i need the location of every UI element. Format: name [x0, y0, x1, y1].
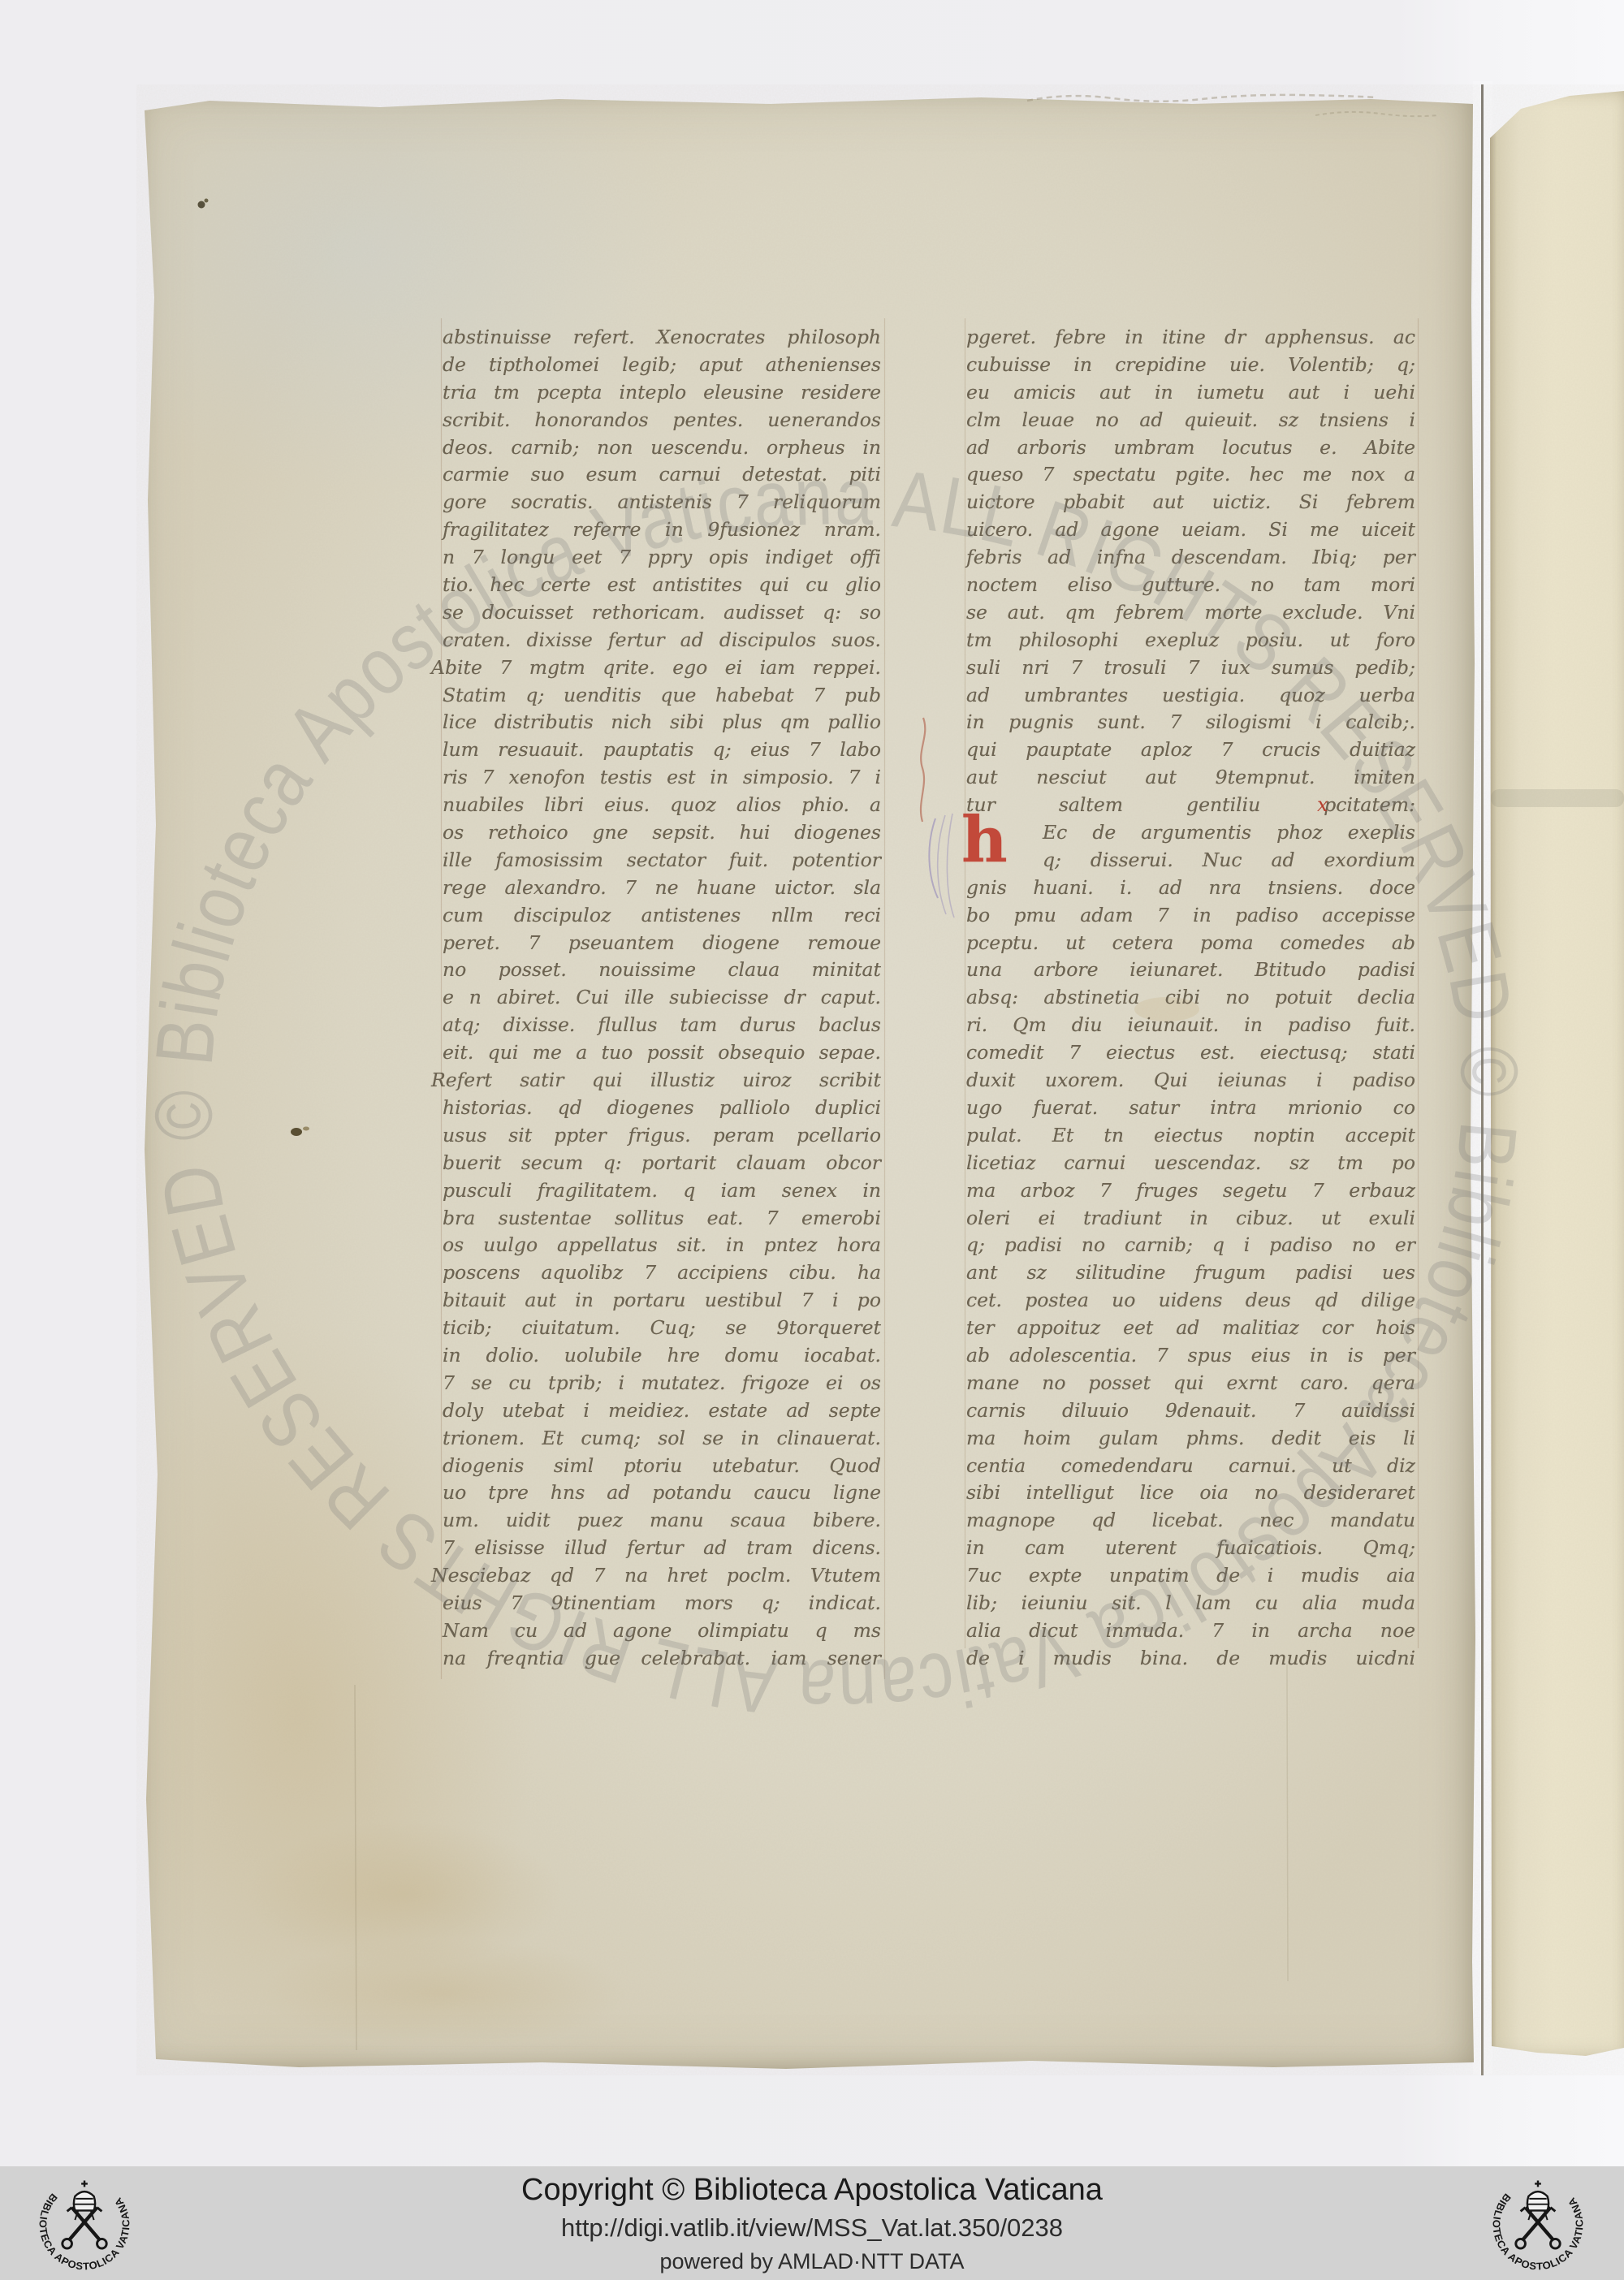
copyright-line: Copyright © Biblioteca Apostolica Vatica…	[0, 2173, 1624, 2208]
manuscript-line: magnope qd licebat. nec mandatu	[966, 1507, 1415, 1535]
manuscript-line: eu amicis aut in iumetu aut i uehi	[966, 379, 1415, 407]
manuscript-line: doly utebat i meidiez. estate ad septe	[443, 1397, 881, 1425]
manuscript-line: carnis diluuio 9denauit. 7 auidissi	[966, 1397, 1415, 1425]
manuscript-line: tio. hec certe est antistites qui cu gli…	[443, 572, 881, 599]
vatican-library-seal-right: BIBLIOTECA APOSTOLICA VATICANA	[1483, 2168, 1593, 2278]
manuscript-line: atq; dixisse. flullus tam durus baclus	[443, 1012, 881, 1039]
manuscript-line: noctem eliso gutture. no tam mori	[966, 572, 1415, 599]
manuscript-line: tria tm pcepta inteplo eleusine residere	[443, 379, 881, 407]
manuscript-line: ab adolescentia. 7 spus eius in is per	[966, 1342, 1415, 1370]
papal-tiara-keys-icon	[63, 2181, 106, 2249]
manuscript-line: se docuisset rethoricam. audisset q: so	[443, 599, 881, 627]
manuscript-line: lum resuauit. pauptatis q; eius 7 labo	[443, 736, 881, 764]
manuscript-line: q; disserui. Nuc ad exordium	[1043, 847, 1415, 874]
manuscript-line: in cam uterent fuaicatiois. Qmq;	[966, 1535, 1415, 1562]
manuscript-line: historias. qd diogenes palliolo duplici	[443, 1095, 881, 1122]
manuscript-scan-page: abstinuisse refert. Xenocrates philosoph…	[0, 0, 1624, 2280]
manuscript-line: alia dicut inmuda. 7 in archa noe	[966, 1617, 1415, 1645]
manuscript-line: duxit uxorem. Qui ieiunas i padiso	[966, 1067, 1415, 1095]
manuscript-line: pulat. Et tn eiectus noptin accepit	[966, 1122, 1415, 1150]
manuscript-line: cubuisse in crepidine uie. Volentib; q;	[966, 352, 1415, 379]
manuscript-line: no posset. nouissime claua minitat	[443, 956, 881, 984]
manuscript-line: uo tpre hns ad potandu caucu ligne	[443, 1479, 881, 1507]
manuscript-line: os uulgo appellatus sit. in pntez hora	[443, 1232, 881, 1259]
manuscript-line: licetiaz carnui uescendaz. sz tm po	[966, 1150, 1415, 1177]
manuscript-line: ri. Qm diu ieiunauit. in padiso fuit.	[966, 1012, 1415, 1039]
manuscript-line: e n abiret. Cui ille subiecisse dr caput…	[443, 984, 881, 1012]
manuscript-line: diogenis siml ptoriu utebatur. Quod	[443, 1453, 881, 1480]
manuscript-line: Nesciebaz qd 7 na hret poclm. Vtutem	[443, 1562, 881, 1590]
manuscript-line: queso 7 spectatu pgite. hec me nox a	[966, 461, 1415, 489]
manuscript-line: suli nri 7 trosuli 7 iux sumus pedib;	[966, 654, 1415, 682]
manuscript-line: pusculi fragilitatem. q iam senex in	[443, 1177, 881, 1205]
manuscript-line: lib; ieiuniu sit. l lam cu alia muda	[966, 1590, 1415, 1617]
manuscript-line: absq: abstinetia cibi no potuit declia	[966, 984, 1415, 1012]
manuscript-line: cum discipuloz antistenes nllm reci	[443, 902, 881, 930]
manuscript-line: ris 7 xenofon testis est in simposio. 7 …	[443, 764, 881, 792]
manuscript-line: 7 se cu tprib; i mutatez. frigoze ei os	[443, 1370, 881, 1397]
manuscript-line: ugo fuerat. satur intra mrionio co	[966, 1095, 1415, 1122]
footer-bar: Copyright © Biblioteca Apostolica Vatica…	[0, 2166, 1624, 2280]
manuscript-line: cet. postea uo uidens deus qd dilige	[966, 1287, 1415, 1315]
manuscript-line: uictore pbabit aut uictiz. Si febrem	[966, 489, 1415, 516]
manuscript-line: um. uidit puez manu scaua bibere.	[443, 1507, 881, 1535]
powered-by-line: powered by AMLAD·NTT DATA	[0, 2249, 1624, 2274]
rubricated-initial: h	[961, 812, 1036, 874]
manuscript-line: gnis huani. i. ad nra tnsiens. doce	[966, 874, 1415, 902]
manuscript-line: de i mudis bina. de mudis uicdni	[966, 1645, 1415, 1673]
source-url: http://digi.vatlib.it/view/MSS_Vat.lat.3…	[0, 2213, 1624, 2243]
manuscript-line: ma hoim gulam phms. dedit eis li	[966, 1425, 1415, 1453]
manuscript-line: febris ad infna descendam. Ibiq; per	[966, 544, 1415, 572]
manuscript-line: mane no posset qui exrnt caro. qera	[966, 1370, 1415, 1397]
manuscript-line: qui pauptate aploz 7 crucis duitiaz	[966, 736, 1415, 764]
manuscript-line: usus sit ppter frigus. peram pcellario	[443, 1122, 881, 1150]
manuscript-line: Nam cu ad agone olimpiatu q ms	[443, 1617, 881, 1645]
manuscript-line: uicero. ad agone ueiam. Si me uiceit	[966, 516, 1415, 544]
manuscript-line: fragilitatez referre in 9fusionez nram.	[443, 516, 881, 544]
manuscript-line: ant sz silitudine frugum padisi ues	[966, 1259, 1415, 1287]
manuscript-line: scribit. honorandos pentes. uenerandos	[443, 407, 881, 434]
manuscript-line: sibi intelligut lice oia no desideraret	[966, 1479, 1415, 1507]
manuscript-line: una arbore ieiunaret. Btitudo padisi	[966, 956, 1415, 984]
manuscript-column-right: pgeret. febre in itine dr apphensus. acc…	[966, 324, 1415, 1673]
papal-tiara-keys-icon	[1516, 2181, 1560, 2249]
manuscript-line: ad umbrantes uestigia. quoz uerba	[966, 682, 1415, 710]
manuscript-line: craten. dixisse fertur ad discipulos suo…	[443, 627, 881, 654]
manuscript-line: peret. 7 pseuantem diogene remoue	[443, 930, 881, 957]
manuscript-line: gore socratis. antistenis 7 reliquorum	[443, 489, 881, 516]
manuscript-line: ter appoituz eet ad malitiaz cor hois	[966, 1315, 1415, 1342]
manuscript-line: eius 7 9tinentiam mors q; indicat.	[443, 1590, 881, 1617]
manuscript-line: os rethoico gne sepsit. hui diogenes	[443, 819, 881, 847]
manuscript-line: rege alexandro. 7 ne huane uictor. sla	[443, 874, 881, 902]
manuscript-line: de tiptholomei legib; aput athenienses	[443, 352, 881, 379]
manuscript-line: eit. qui me a tuo possit obsequio sepae.	[443, 1039, 881, 1067]
manuscript-line: aut nesciut aut 9tempnut. imiten	[966, 764, 1415, 792]
manuscript-line: deos. carnib; non uescendu. orpheus in	[443, 434, 881, 462]
manuscript-line: nuabiles libri eius. quoz alios phio. a	[443, 792, 881, 819]
manuscript-line: n 7 longu eet 7 ppry opis indiget offi	[443, 544, 881, 572]
vatican-library-seal-left: BIBLIOTECA APOSTOLICA VATICANA	[29, 2168, 140, 2278]
manuscript-line: oleri ei tradiunt in cibuz. ut exuli	[966, 1205, 1415, 1233]
manuscript-line: centia comedendaru carnui. ut diz	[966, 1453, 1415, 1480]
rubricated-chapter-mark: x	[1317, 792, 1328, 819]
manuscript-line: clm leuae no ad quieuit. sz tnsiens i	[966, 407, 1415, 434]
manuscript-line: lice distributis nich sibi plus qm palli…	[443, 709, 881, 736]
manuscript-line: carmie suo esum carnui detestat. piti	[443, 461, 881, 489]
manuscript-line: Ec de argumentis phoz exeplis	[1043, 819, 1415, 847]
manuscript-line: na freqntia gue celebrabat. iam sener	[443, 1645, 881, 1673]
manuscript-line: pceptu. ut cetera poma comedes ab	[966, 930, 1415, 957]
manuscript-line: tm philosophi exepluz posiu. ut foro	[966, 627, 1415, 654]
manuscript-line: bra sustentae sollitus eat. 7 emerobi	[443, 1205, 881, 1233]
manuscript-line: ma arboz 7 fruges segetu 7 erbauz	[966, 1177, 1415, 1205]
manuscript-line: 7uc expte unpatim de i mudis aia	[966, 1562, 1415, 1590]
manuscript-line: in dolio. uolubile hre domu iocabat.	[443, 1342, 881, 1370]
manuscript-line: bitauit aut in portaru uestibul 7 i po	[443, 1287, 881, 1315]
manuscript-line: ad arboris umbram locutus e. Abite	[966, 434, 1415, 462]
binding-gutter	[1481, 84, 1484, 2075]
manuscript-line: 7 elisisse illud fertur ad tram dicens.	[443, 1535, 881, 1562]
manuscript-line: pgeret. febre in itine dr apphensus. ac	[966, 324, 1415, 352]
manuscript-line: buerit secum q: portarit clauam obcor	[443, 1150, 881, 1177]
manuscript-line: se aut. qm febrem morte exclude. Vni	[966, 599, 1415, 627]
manuscript-line: trionem. Et cumq; sol se in clinauerat.	[443, 1425, 881, 1453]
manuscript-line: abstinuisse refert. Xenocrates philosoph	[443, 324, 881, 352]
manuscript-line: Statim q; uenditis que habebat 7 pub	[443, 682, 881, 710]
manuscript-line: poscens aquolibz 7 accipiens cibu. ha	[443, 1259, 881, 1287]
manuscript-line: in pugnis sunt. 7 silogismi i calcib;.	[966, 709, 1415, 736]
manuscript-column-left: abstinuisse refert. Xenocrates philosoph…	[443, 324, 881, 1673]
manuscript-line: q; padisi no carnib; q i padiso no er	[966, 1232, 1415, 1259]
manuscript-line: Refert satir qui illustiz uiroz scribit	[443, 1067, 881, 1095]
manuscript-line: ille famosissim sectator fuit. potentior	[443, 847, 881, 874]
facing-page-edge	[1488, 88, 1624, 2062]
manuscript-line: bo pmu adam 7 in padiso accepisse	[966, 902, 1415, 930]
manuscript-line: comedit 7 eiectus est. eiectusq; stati	[966, 1039, 1415, 1067]
manuscript-line: ticib; ciuitatum. Cuq; se 9torqueret	[443, 1315, 881, 1342]
manuscript-line: Abite 7 mgtm qrite. ego ei iam reppei.	[443, 654, 881, 682]
